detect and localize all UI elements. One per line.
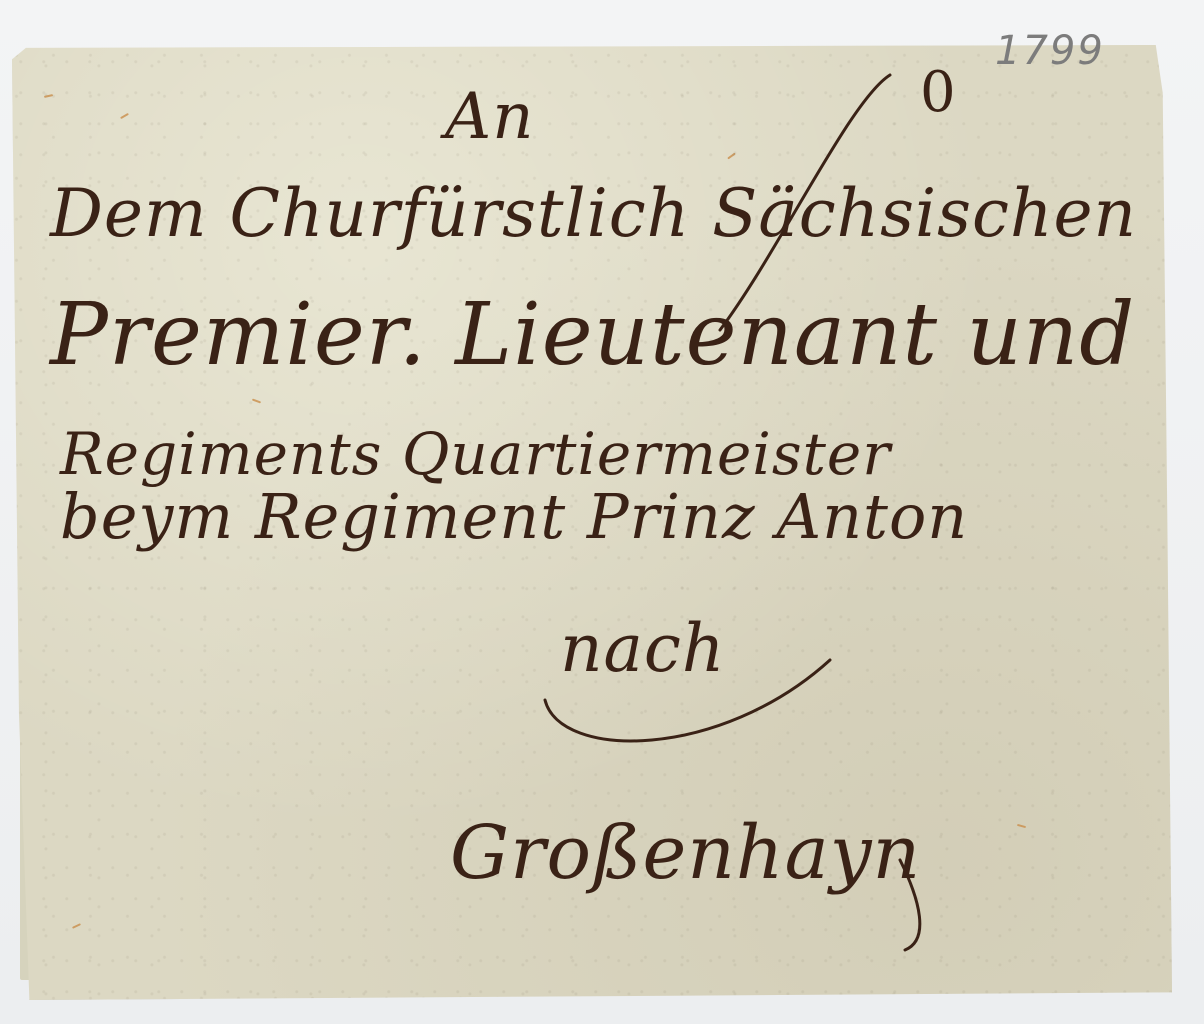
- paper-fiber: [44, 94, 53, 98]
- paper-fiber: [120, 113, 129, 119]
- address-line-2: Premier. Lieutenant und: [50, 285, 1135, 385]
- address-line-1: Dem Churfürstlich Sächsischen: [50, 175, 1137, 252]
- paper-fiber: [252, 399, 261, 404]
- address-preposition: nach: [560, 610, 725, 687]
- address-line-3: Regiments Quartiermeister: [60, 420, 891, 488]
- paper-fiber: [727, 153, 736, 160]
- paper-fiber: [72, 923, 81, 929]
- paper-fiber: [1017, 824, 1026, 828]
- rate-mark: 0: [920, 60, 957, 125]
- address-salutation: An: [445, 80, 534, 154]
- address-line-4: beym Regiment Prinz Anton: [60, 480, 968, 553]
- pencil-year-annotation: 1799: [995, 28, 1105, 74]
- address-destination: Großenhayn: [450, 810, 921, 896]
